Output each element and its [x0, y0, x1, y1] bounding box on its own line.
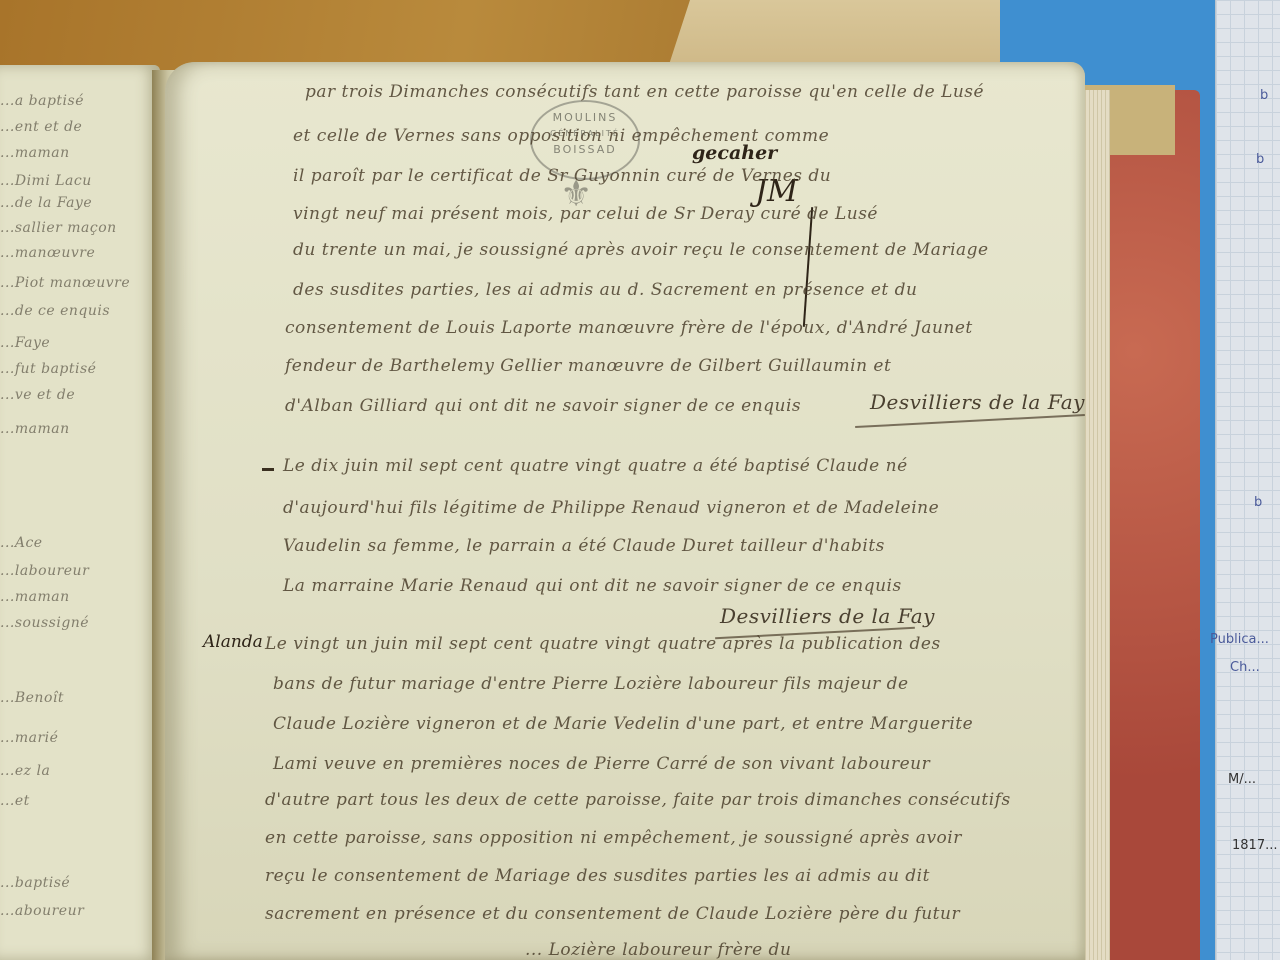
- register-line: d'autre part tous les deux de cette paro…: [265, 790, 1011, 810]
- left-page-line: ...maman: [0, 589, 70, 605]
- notebook-text: M/...: [1228, 772, 1256, 787]
- register-line: d'Alban Gilliard qui ont dit ne savoir s…: [285, 396, 801, 416]
- left-page-line: ...soussigné: [0, 615, 89, 631]
- left-page-line: ...ve et de: [0, 387, 75, 403]
- register-line: du trente un mai, je soussigné après avo…: [293, 240, 989, 260]
- left-page-line: ...et: [0, 793, 30, 809]
- register-line: Vaudelin sa femme, le parrain a été Clau…: [283, 536, 885, 556]
- notebook-text: Ch...: [1230, 660, 1260, 675]
- left-page-line: ...marié: [0, 730, 58, 746]
- left-page-line: ...Benoît: [0, 690, 64, 706]
- register-line: La marraine Marie Renaud qui ont dit ne …: [283, 576, 902, 596]
- register-line: bans de futur mariage d'entre Pierre Loz…: [273, 674, 909, 694]
- left-page-line: ...Faye: [0, 335, 50, 351]
- register-line: fendeur de Barthelemy Gellier manœuvre d…: [285, 356, 891, 376]
- entry-marker: [262, 468, 274, 471]
- notebook-text: 1817...: [1232, 838, 1277, 853]
- left-page-line: ...ent et de: [0, 119, 82, 135]
- signature-underline: [855, 414, 1085, 428]
- register-line: par trois Dimanches consécutifs tant en …: [305, 82, 984, 102]
- register-line: ... Lozière laboureur frère du: [525, 940, 791, 960]
- register-line: Claude Lozière vigneron et de Marie Vede…: [273, 714, 973, 734]
- register-line: Lami veuve en premières noces de Pierre …: [273, 754, 930, 774]
- left-page-line: ...de la Faye: [0, 195, 92, 211]
- register-line: et celle de Vernes sans opposition ni em…: [293, 126, 829, 146]
- right-page: MOULINS GÉNÉRALITÉ BOISSAD ⚜ gecaher JM …: [165, 62, 1085, 960]
- left-page-line: ...baptisé: [0, 875, 70, 891]
- left-page-line: ...manœuvre: [0, 245, 95, 261]
- register-line: d'aujourd'hui fils légitime de Philippe …: [283, 498, 939, 518]
- graph-paper-notebook: b b b Publica... Ch... M/... 1817...: [1215, 0, 1280, 960]
- photo-scene: b b b Publica... Ch... M/... 1817... ...…: [0, 0, 1280, 960]
- notebook-text: b: [1256, 152, 1264, 167]
- left-page-line: ...Ace: [0, 535, 43, 551]
- left-page-line: ...de ce enquis: [0, 303, 110, 319]
- left-page-line: ...fut baptisé: [0, 361, 96, 377]
- register-line: en cette paroisse, sans opposition ni em…: [265, 828, 962, 848]
- left-page-line: ...ez la: [0, 763, 50, 779]
- register-line: reçu le consentement de Mariage des susd…: [265, 866, 930, 886]
- left-page-line: ...maman: [0, 421, 70, 437]
- left-page-line: ...aboureur: [0, 903, 84, 919]
- register-line: Le vingt un juin mil sept cent quatre vi…: [265, 634, 941, 654]
- left-page: ...a baptisé ...ent et de ...maman ...Di…: [0, 65, 160, 960]
- register-line: des susdites parties, les ai admis au d.…: [293, 280, 917, 300]
- notebook-text: b: [1260, 88, 1268, 103]
- left-page-line: ...laboureur: [0, 563, 89, 579]
- left-page-line: ...Dimi Lacu: [0, 173, 92, 189]
- priest-signature: Desvilliers de la Fay: [870, 390, 1085, 414]
- left-page-line: ...Piot manœuvre: [0, 275, 130, 291]
- left-page-line: ...sallier maçon: [0, 220, 117, 236]
- register-line: consentement de Louis Laporte manœuvre f…: [285, 318, 973, 338]
- register-line: il paroît par le certificat de Sr Guyonn…: [293, 166, 831, 186]
- register-line: vingt neuf mai présent mois, par celui d…: [293, 204, 878, 224]
- margin-name: Alanda: [203, 632, 263, 652]
- priest-signature: Desvilliers de la Fay: [720, 604, 935, 628]
- stamp-text: MOULINS: [532, 110, 638, 126]
- notebook-text: Publica...: [1210, 632, 1269, 647]
- left-page-line: ...maman: [0, 145, 70, 161]
- register-line: sacrement en présence et du consentement…: [265, 904, 960, 924]
- notebook-text: b: [1254, 495, 1262, 510]
- register-line: Le dix juin mil sept cent quatre vingt q…: [283, 456, 908, 476]
- left-page-line: ...a baptisé: [0, 93, 84, 109]
- annotation-stroke: [803, 207, 813, 327]
